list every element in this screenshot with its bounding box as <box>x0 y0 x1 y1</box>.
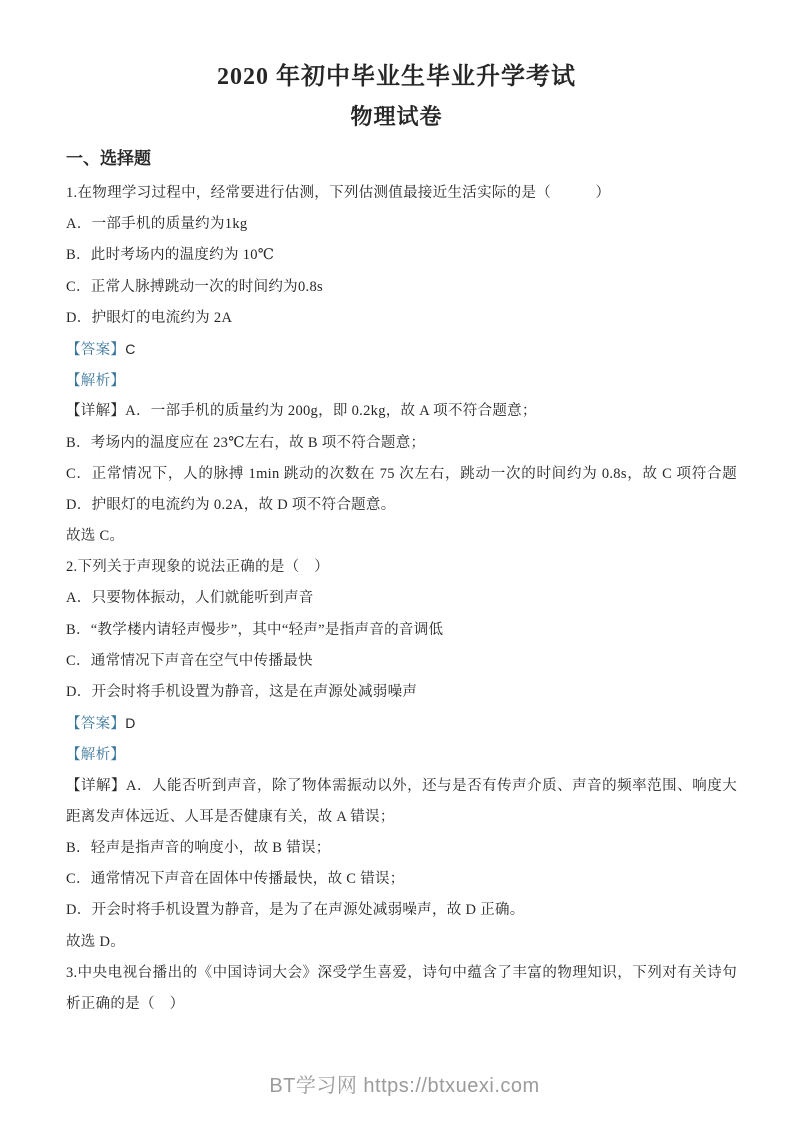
question-2-detail-a-line-2: 距离发声体远近、人耳是否健康有关，故 A 错误； <box>66 802 737 833</box>
question-2-detail-b: B．轻声是指声音的响度小，故 B 错误； <box>66 833 737 864</box>
question-1-detail-a: 【详解】A．一部手机的质量约为 200g，即 0.2kg，故 A 项不符合题意； <box>66 396 737 427</box>
question-2-stem: 2.下列关于声现象的说法正确的是（ ） <box>66 552 737 583</box>
question-2-detail-d: D．开会时将手机设置为静音，是为了在声源处减弱噪声，故 D 正确。 <box>66 895 737 926</box>
answer-label: 【答案】 <box>66 342 125 358</box>
question-1-option-b: B．此时考场内的温度约为 10℃ <box>66 240 737 271</box>
question-2-option-a: A．只要物体振动，人们就能听到声音 <box>66 583 737 614</box>
question-2-answer: 【答案】D <box>66 708 737 739</box>
question-1-answer: 【答案】C <box>66 334 737 365</box>
page-title: 2020 年初中毕业生毕业升学考试 <box>0 0 793 94</box>
question-1-detail-b: B．考场内的温度应在 23℃左右，故 B 项不符合题意； <box>66 428 737 459</box>
question-1-option-c: C．正常人脉搏跳动一次的时间约为0.8s <box>66 272 737 303</box>
question-2-detail-c: C．通常情况下声音在固体中传播最快，故 C 错误； <box>66 864 737 895</box>
question-1-option-a: A．一部手机的质量约为1kg <box>66 209 737 240</box>
question-3-stem-line-2: 析正确的是（ ） <box>66 989 737 1020</box>
question-2-option-c: C．通常情况下声音在空气中传播最快 <box>66 646 737 677</box>
question-1-conclusion: 故选 C。 <box>66 521 737 552</box>
document-page: 2020 年初中毕业生毕业升学考试 物理试卷 一、选择题 1.在物理学习过程中，… <box>0 0 793 1122</box>
answer-label: 【答案】 <box>66 716 125 732</box>
question-1-analysis-heading: 【解析】 <box>66 365 737 396</box>
section-heading: 一、选择题 <box>66 147 737 171</box>
question-2-analysis-heading: 【解析】 <box>66 739 737 770</box>
answer-value: D <box>125 715 135 731</box>
watermark: BT学习网 https://btxuexi.com <box>0 1069 793 1098</box>
question-2-option-d: D．开会时将手机设置为静音，这是在声源处减弱噪声 <box>66 677 737 708</box>
question-1-option-d: D．护眼灯的电流约为 2A <box>66 303 737 334</box>
question-2-detail-a-line-1: 【详解】A．人能否听到声音，除了物体需振动以外，还与是否有传声介质、声音的频率范… <box>66 771 737 802</box>
question-1-detail-c: C．正常情况下，人的脉搏 1min 跳动的次数在 75 次左右，跳动一次的时间约… <box>66 459 737 490</box>
question-1-detail-d: D．护眼灯的电流约为 0.2A，故 D 项不符合题意。 <box>66 490 737 521</box>
question-1-stem: 1.在物理学习过程中，经常要进行估测，下列估测值最接近生活实际的是（ ） <box>66 178 737 209</box>
answer-label: 【解析】 <box>66 373 125 389</box>
question-lines: 1.在物理学习过程中，经常要进行估测，下列估测值最接近生活实际的是（ ）A．一部… <box>66 178 737 1020</box>
question-2-option-b: B．“教学楼内请轻声慢步”，其中“轻声”是指声音的音调低 <box>66 615 737 646</box>
question-3-stem-line-1: 3.中央电视台播出的《中国诗词大会》深受学生喜爱，诗句中蕴含了丰富的物理知识，下… <box>66 958 737 989</box>
answer-value: C <box>125 341 135 357</box>
page-subtitle: 物理试卷 <box>0 102 793 132</box>
answer-label: 【解析】 <box>66 747 125 763</box>
question-2-conclusion: 故选 D。 <box>66 927 737 958</box>
